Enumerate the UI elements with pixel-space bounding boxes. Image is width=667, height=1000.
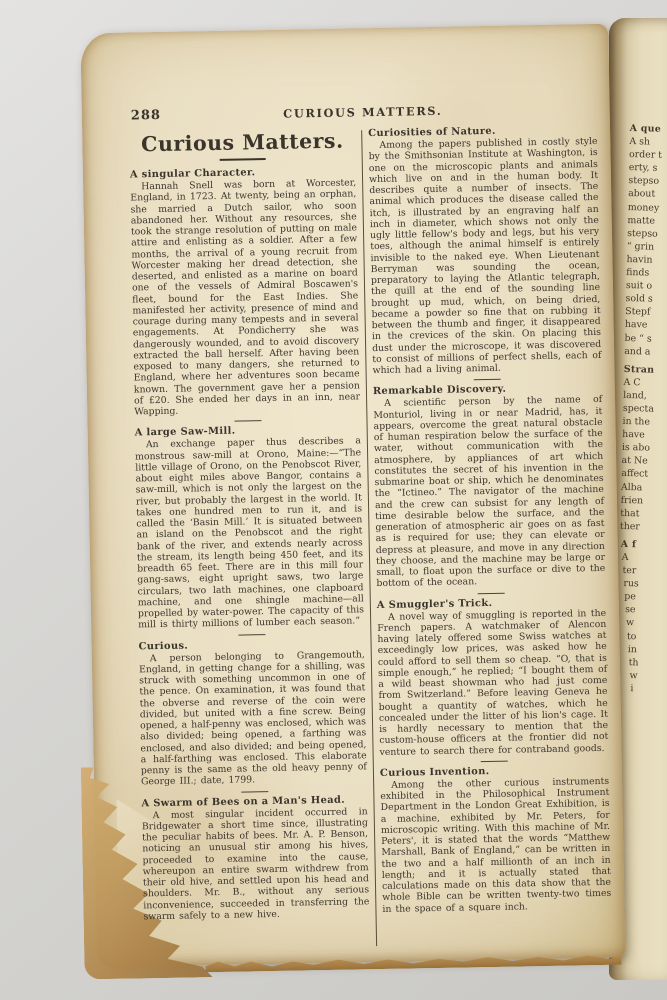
article: Curious Invention.Among the other curiou…: [380, 764, 612, 915]
fragment-line: suit o: [626, 279, 659, 293]
article-separator: [481, 760, 508, 761]
article: Curious.A person belonging to Grangemout…: [138, 637, 367, 794]
fragment-line: th: [629, 656, 650, 670]
torn-bottom-edge: [205, 952, 621, 973]
fragment-line: w: [626, 617, 651, 631]
fragment-line: A: [621, 551, 652, 565]
article: A singular Character.Hannah Snell was bo…: [130, 165, 361, 423]
section-title-block: Curious Matters.: [129, 128, 356, 162]
section-title: Curious Matters.: [129, 128, 355, 156]
article-body: A person belonging to Grangemouth, Engla…: [139, 649, 367, 788]
book-page: 288 CURIOUS MATTERS. Curious Matters. A …: [80, 24, 625, 968]
fragment-line: sold s: [625, 292, 658, 306]
fragment-line: have: [625, 318, 658, 332]
article-separator: [474, 379, 501, 380]
fragment-line: have: [622, 428, 655, 442]
fragment-line: is abo: [622, 441, 655, 455]
fragment-line: erty, s: [629, 161, 662, 175]
fragment-line: A f: [621, 538, 653, 552]
fragment-line: A sh: [629, 135, 662, 149]
fragment-line: Alba: [621, 480, 654, 494]
scanner-background: A queA shorder terty, sstepsoaboutmoneym…: [0, 0, 667, 1000]
printed-content: 288 CURIOUS MATTERS. Curious Matters. A …: [129, 100, 612, 950]
page-header: 288 CURIOUS MATTERS.: [129, 100, 597, 124]
article-body: An exchange paper thus describes a monst…: [135, 436, 364, 631]
article-body: A novel way of smuggling is reported in …: [377, 607, 609, 757]
fragment-line: stepso: [627, 227, 660, 241]
fragment-line: Stepf: [625, 305, 658, 319]
fragment-line: ther: [620, 520, 653, 534]
article: A Swarm of Bees on a Man's Head.A most s…: [141, 794, 369, 923]
fragment-line: ter: [622, 564, 652, 578]
fragment-line: havin: [626, 253, 659, 267]
text-columns: Curious Matters. A singular Character.Ha…: [129, 124, 612, 950]
fragment-line: i: [630, 682, 649, 696]
fragment-line: matte: [627, 214, 660, 228]
fragment-line: in the: [622, 415, 655, 429]
article-body: Hannah Snell was born at Worcester, Engl…: [130, 177, 360, 417]
title-rule: [220, 158, 266, 161]
article-separator: [238, 634, 265, 635]
fragment-line: order t: [629, 148, 662, 162]
fragment-line: to: [627, 630, 651, 644]
fragment-line: pe: [624, 590, 651, 604]
fragment-line: in: [628, 643, 650, 657]
article-body: A scientific person by the name of Montu…: [373, 394, 605, 589]
fragment-line: affect: [621, 467, 654, 481]
article: A Smuggler's Trick.A novel way of smuggl…: [377, 595, 609, 763]
fragment-line: land,: [623, 389, 656, 403]
article: A large Saw-Mill.An exchange paper thus …: [135, 424, 365, 637]
left-column: Curious Matters. A singular Character.Ha…: [129, 128, 369, 922]
fragment-line: about: [628, 187, 661, 201]
article-body: Among the papers published in costly sty…: [368, 136, 601, 376]
article-body: Among the other curious instruments exhi…: [380, 776, 611, 915]
next-page-text-fragments: A queA shorder terty, sstepsoaboutmoneym…: [616, 117, 663, 696]
fragment-line: w: [629, 669, 649, 683]
article: Remarkable Discovery.A scientific person…: [373, 382, 606, 595]
fragment-line: at Ne: [621, 454, 654, 468]
fragment-line: finds: [626, 266, 659, 280]
fragment-line: frien: [620, 494, 653, 508]
article-separator: [478, 592, 505, 593]
fragment-line: and a: [624, 345, 657, 359]
fragment-line: se: [625, 603, 651, 617]
fragment-line: that: [620, 507, 653, 521]
fragment-line: be “ s: [624, 331, 657, 345]
fragment-line: rus: [623, 577, 651, 591]
article: Curiosities of Nature.Among the papers p…: [368, 124, 602, 382]
fragment-line: stepso: [628, 174, 661, 188]
running-head: CURIOUS MATTERS.: [129, 101, 597, 124]
article-body: A most singular incident occurred in Bri…: [142, 806, 370, 923]
fragment-line: money: [628, 201, 661, 215]
fragment-line: specta: [623, 402, 656, 416]
fragment-line: A que: [630, 122, 663, 136]
fragment-line: “ grin: [627, 240, 660, 254]
fragment-line: A C: [623, 376, 656, 390]
article-separator: [234, 420, 261, 421]
article-separator: [241, 791, 268, 792]
right-column: Curiosities of Nature.Among the papers p…: [368, 124, 611, 915]
fragment-line: Stran: [624, 363, 657, 377]
